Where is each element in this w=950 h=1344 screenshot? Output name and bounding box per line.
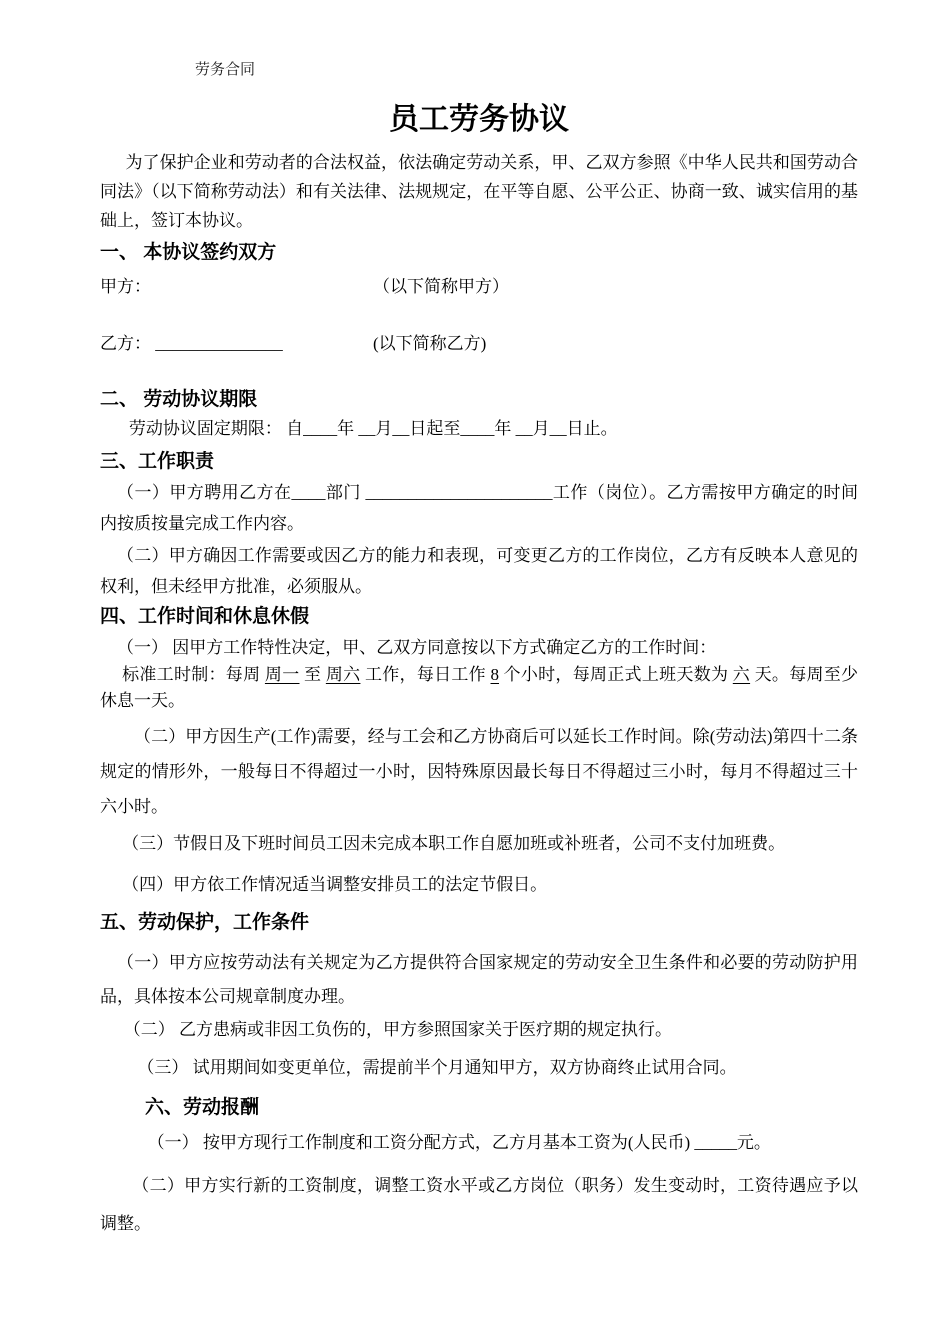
standard-hours-text: 工作，每日工作 xyxy=(360,665,490,684)
clause-4-1: （一） 因甲方工作特性决定，甲、乙双方同意按以下方式确定乙方的工作时间： xyxy=(100,633,858,662)
section-6-heading: 六、劳动报酬 xyxy=(145,1094,858,1121)
party-a-label: 甲方： xyxy=(100,275,373,299)
clause-5-3: （三） 试用期间如变更单位，需提前半个月通知甲方，双方协商终止试用合同。 xyxy=(100,1056,858,1080)
section-2-heading: 二、 劳动协议期限 xyxy=(100,386,858,413)
workweek-start-value: 周一 xyxy=(265,665,300,684)
standard-hours-text: 个小时，每周正式上班天数为 xyxy=(499,665,733,684)
document-page: 劳务合同 员工劳务协议 为了保护企业和劳动者的合法权益，依法确定劳动关系，甲、乙… xyxy=(0,0,950,1344)
section-3-heading: 三、工作职责 xyxy=(100,448,858,475)
section-4-heading: 四、工作时间和休息休假 xyxy=(100,603,858,630)
section-1-heading: 一、 本协议签约双方 xyxy=(100,239,858,266)
party-a-row: 甲方：（以下简称甲方） xyxy=(100,275,858,299)
clause-5-1: （一）甲方应按劳动法有关规定为乙方提供符合国家规定的劳动安全卫生条件和必要的劳动… xyxy=(100,946,858,1014)
standard-hours-line: 标准工时制：每周 周一 至 周六 工作，每日工作 8 个小时，每周正式上班天数为… xyxy=(100,662,858,714)
standard-hours-text: 至 xyxy=(300,665,326,684)
document-header-note: 劳务合同 xyxy=(195,60,858,80)
party-b-blank-field: _______________ xyxy=(155,334,283,353)
clause-4-4: （四）甲方依工作情况适当调整安排员工的法定节假日。 xyxy=(100,873,858,897)
clause-4-3: （三）节假日及下班时间员工因未完成本职工作自愿加班或补班者，公司不支付加班费。 xyxy=(100,832,858,856)
standard-hours-text: 标准工时制：每周 xyxy=(122,665,265,684)
clause-3-1: （一）甲方聘用乙方在____部门 ______________________工… xyxy=(100,477,858,539)
section-5-heading: 五、劳动保护，工作条件 xyxy=(100,909,858,936)
clause-6-1: （一） 按甲方现行工作制度和工资分配方式，乙方月基本工资为(人民币) _____… xyxy=(100,1131,858,1155)
clause-3-2: （二）甲方确因工作需要或因乙方的能力和表现，可变更乙方的工作岗位，乙方有反映本人… xyxy=(100,540,858,602)
document-content: 劳务合同 员工劳务协议 为了保护企业和劳动者的合法权益，依法确定劳动关系，甲、乙… xyxy=(0,0,950,1243)
clause-4-2: （二）甲方因生产(工作)需要，经与工会和乙方协商后可以延长工作时间。除(劳动法)… xyxy=(100,719,858,824)
party-b-note: (以下简称乙方) xyxy=(373,334,486,353)
party-b-label: 乙方： xyxy=(100,334,155,353)
workweek-end-value: 周六 xyxy=(326,665,361,684)
party-a-note: （以下简称甲方） xyxy=(373,277,509,296)
clause-6-2: （二）甲方实行新的工资制度，调整工资水平或乙方岗位（职务）发生变动时，工资待遇应… xyxy=(100,1167,858,1243)
clause-5-2: （二） 乙方患病或非因工负伤的，甲方参照国家关于医疗期的规定执行。 xyxy=(100,1018,858,1042)
fixed-term-line: 劳动协议固定期限： 自____年 __月__日起至____年 __月__日止。 xyxy=(100,417,858,441)
intro-paragraph: 为了保护企业和劳动者的合法权益，依法确定劳动关系，甲、乙双方参照《中华人民共和国… xyxy=(100,148,858,235)
party-b-row: 乙方： _______________(以下简称乙方) xyxy=(100,332,858,356)
weekly-days-value: 六 xyxy=(733,665,750,684)
document-title: 员工劳务协议 xyxy=(100,100,858,140)
party-b-label-blank: 乙方： _______________ xyxy=(100,332,373,356)
daily-hours-value: 8 xyxy=(491,665,500,684)
